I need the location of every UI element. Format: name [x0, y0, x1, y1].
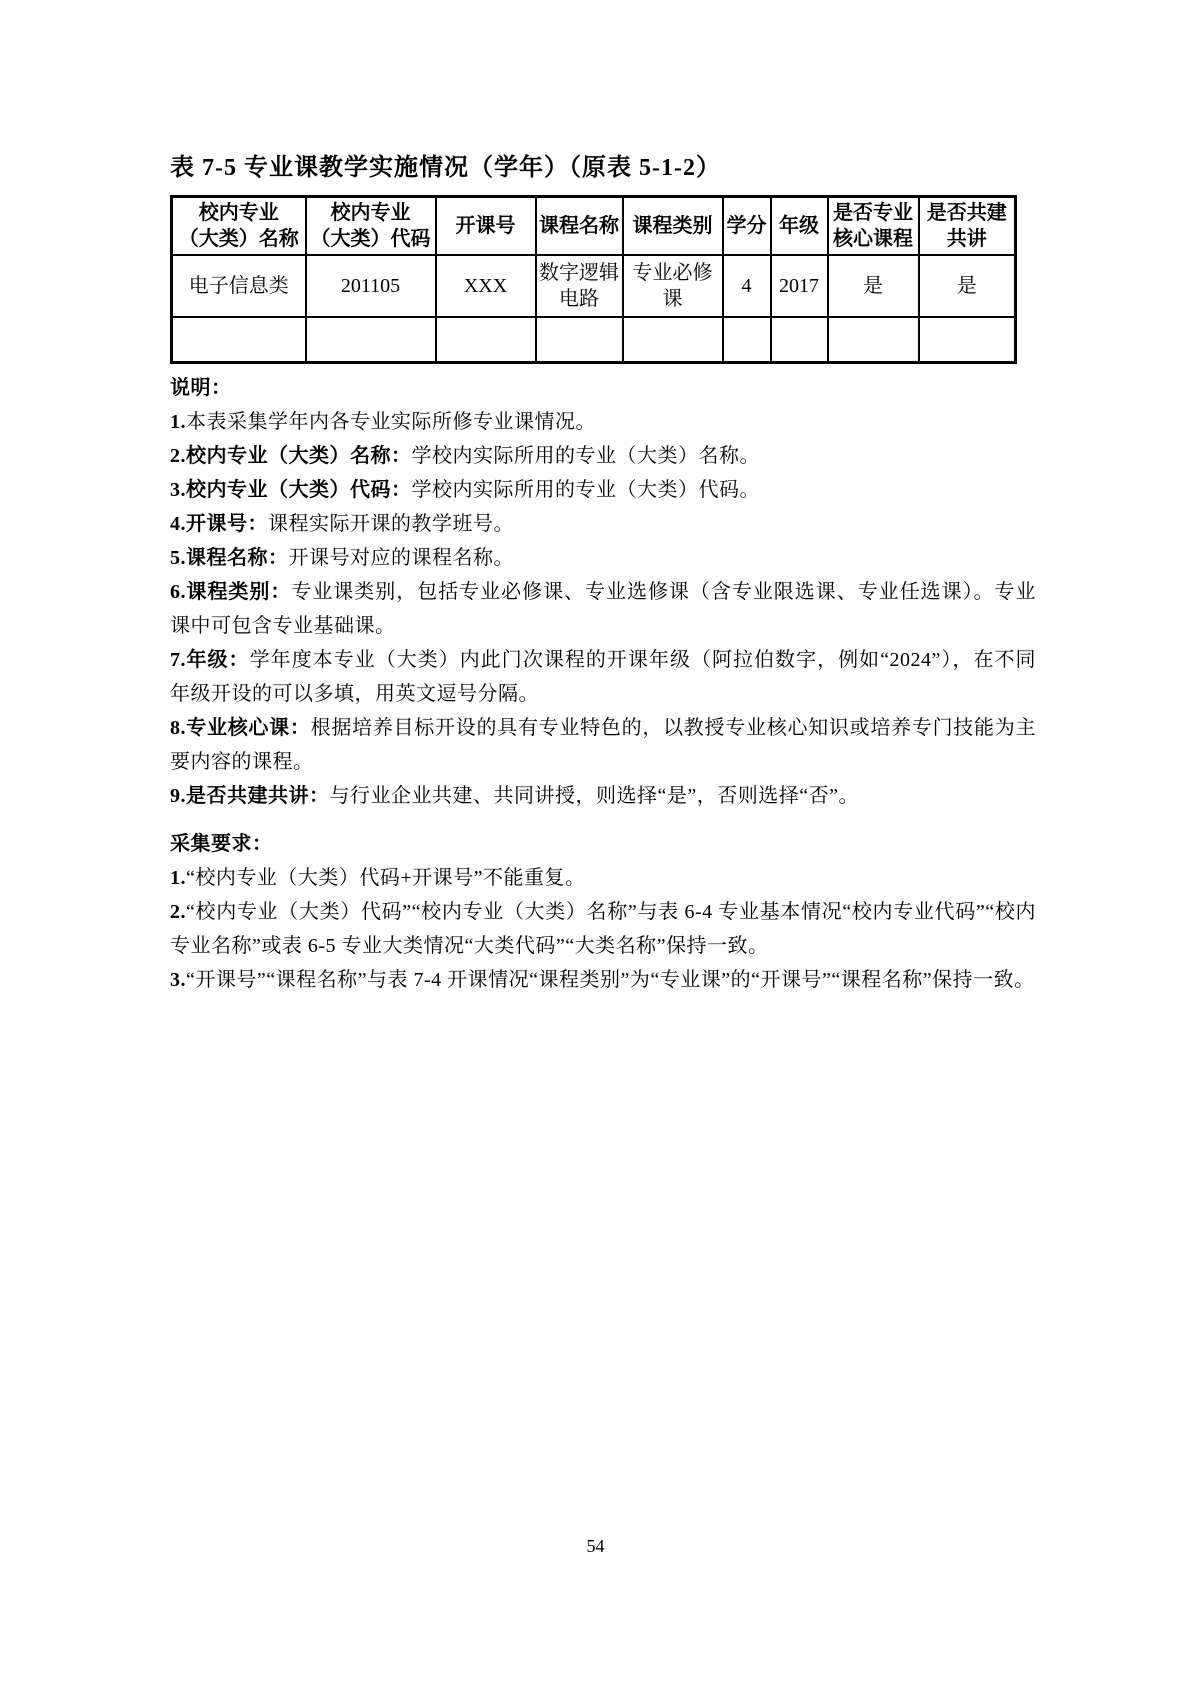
note-text: 与行业企业共建、共同讲授，则选择“是”，否则选择“否”。	[330, 785, 860, 807]
requirement-item-2: 2.“校内专业（大类）代码”“校内专业（大类）名称”与表 6-4 专业基本情况“…	[170, 895, 1036, 963]
header-major-code: 校内专业 （大类）代码	[306, 197, 436, 255]
table-header-row: 校内专业 （大类）名称 校内专业 （大类）代码 开课号 课程名称 课程类别 学分…	[172, 197, 1016, 255]
note-label: 2.校内专业（大类）名称：	[170, 445, 412, 467]
cell-major-code: 201105	[306, 255, 436, 317]
note-label: 3.校内专业（大类）代码：	[170, 479, 412, 501]
header-class-number: 开课号	[436, 197, 536, 255]
table-title: 表 7-5 专业课教学实施情况（学年）（原表 5-1-2）	[170, 147, 1036, 182]
empty-cell	[828, 317, 919, 363]
header-grade: 年级	[771, 197, 828, 255]
note-text: 专业课类别，包括专业必修课、专业选修课（含专业限选课、专业任选课）。专业课中可包…	[170, 581, 1036, 637]
table-row: 电子信息类 201105 XXX 数字逻辑 电路 专业必修 课 4 2017 是…	[172, 255, 1016, 317]
note-item-4: 4.开课号：课程实际开课的教学班号。	[170, 507, 1036, 541]
cell-grade: 2017	[771, 255, 828, 317]
requirement-text: “校内专业（大类）代码+开课号”不能重复。	[186, 867, 586, 889]
note-text: 学年度本专业（大类）内此门次课程的开课年级（阿拉伯数字，例如“2024”），在不…	[170, 649, 1036, 705]
note-text: 学校内实际所用的专业（大类）代码。	[412, 479, 761, 501]
cell-course-name: 数字逻辑 电路	[536, 255, 623, 317]
note-label: 5.课程名称：	[170, 547, 289, 569]
requirements-heading: 采集要求：	[170, 827, 1036, 861]
note-item-1: 1.本表采集学年内各专业实际所修专业课情况。	[170, 405, 1036, 439]
empty-cell	[723, 317, 771, 363]
course-implementation-table: 校内专业 （大类）名称 校内专业 （大类）代码 开课号 课程名称 课程类别 学分…	[170, 195, 1017, 364]
note-item-2: 2.校内专业（大类）名称：学校内实际所用的专业（大类）名称。	[170, 439, 1036, 473]
note-label: 8.专业核心课：	[170, 717, 311, 739]
cell-class-number: XXX	[436, 255, 536, 317]
empty-cell	[536, 317, 623, 363]
note-item-8: 8.专业核心课：根据培养目标开设的具有专业特色的，以教授专业核心知识或培养专门技…	[170, 711, 1036, 779]
cell-co-taught: 是	[919, 255, 1016, 317]
note-item-3: 3.校内专业（大类）代码：学校内实际所用的专业（大类）代码。	[170, 473, 1036, 507]
note-item-5: 5.课程名称：开课号对应的课程名称。	[170, 541, 1036, 575]
note-item-7: 7.年级：学年度本专业（大类）内此门次课程的开课年级（阿拉伯数字，例如“2024…	[170, 643, 1036, 711]
requirement-text: “开课号”“课程名称”与表 7-4 开课情况“课程类别”为“专业课”的“开课号”…	[186, 969, 1035, 991]
header-course-type: 课程类别	[623, 197, 723, 255]
empty-cell	[771, 317, 828, 363]
cell-credits: 4	[723, 255, 771, 317]
empty-cell	[306, 317, 436, 363]
header-course-name: 课程名称	[536, 197, 623, 255]
cell-core-course: 是	[828, 255, 919, 317]
note-item-9: 9.是否共建共讲：与行业企业共建、共同讲授，则选择“是”，否则选择“否”。	[170, 779, 1036, 813]
notes-heading: 说明：	[170, 371, 1036, 405]
note-text: 课程实际开课的教学班号。	[268, 513, 514, 535]
table-row-empty	[172, 317, 1016, 363]
note-item-6: 6.课程类别：专业课类别，包括专业必修课、专业选修课（含专业限选课、专业任选课）…	[170, 575, 1036, 643]
requirement-label: 1.	[170, 867, 186, 889]
note-label: 7.年级：	[170, 649, 250, 671]
note-text: 学校内实际所用的专业（大类）名称。	[412, 445, 761, 467]
empty-cell	[436, 317, 536, 363]
note-label: 1.	[170, 411, 186, 433]
note-text: 本表采集学年内各专业实际所修专业课情况。	[186, 411, 596, 433]
header-credits: 学分	[723, 197, 771, 255]
notes-section: 说明： 1.本表采集学年内各专业实际所修专业课情况。 2.校内专业（大类）名称：…	[170, 371, 1036, 997]
page-number: 54	[0, 1536, 1191, 1557]
note-text: 开课号对应的课程名称。	[289, 547, 515, 569]
requirement-label: 2.	[170, 901, 186, 923]
empty-cell	[172, 317, 306, 363]
requirement-label: 3.	[170, 969, 186, 991]
header-co-taught: 是否共建 共讲	[919, 197, 1016, 255]
page-content: 表 7-5 专业课教学实施情况（学年）（原表 5-1-2） 校内专业 （大类）名…	[170, 147, 1036, 997]
requirement-item-1: 1.“校内专业（大类）代码+开课号”不能重复。	[170, 861, 1036, 895]
requirement-item-3: 3.“开课号”“课程名称”与表 7-4 开课情况“课程类别”为“专业课”的“开课…	[170, 963, 1036, 997]
header-major-name: 校内专业 （大类）名称	[172, 197, 306, 255]
note-label: 6.课程类别：	[170, 581, 291, 603]
note-label: 9.是否共建共讲：	[170, 785, 330, 807]
empty-cell	[623, 317, 723, 363]
note-label: 4.开课号：	[170, 513, 268, 535]
empty-cell	[919, 317, 1016, 363]
cell-course-type: 专业必修 课	[623, 255, 723, 317]
header-core-course: 是否专业 核心课程	[828, 197, 919, 255]
requirement-text: “校内专业（大类）代码”“校内专业（大类）名称”与表 6-4 专业基本情况“校内…	[170, 901, 1036, 957]
document-page: 表 7-5 专业课教学实施情况（学年）（原表 5-1-2） 校内专业 （大类）名…	[0, 0, 1191, 1684]
cell-major-name: 电子信息类	[172, 255, 306, 317]
